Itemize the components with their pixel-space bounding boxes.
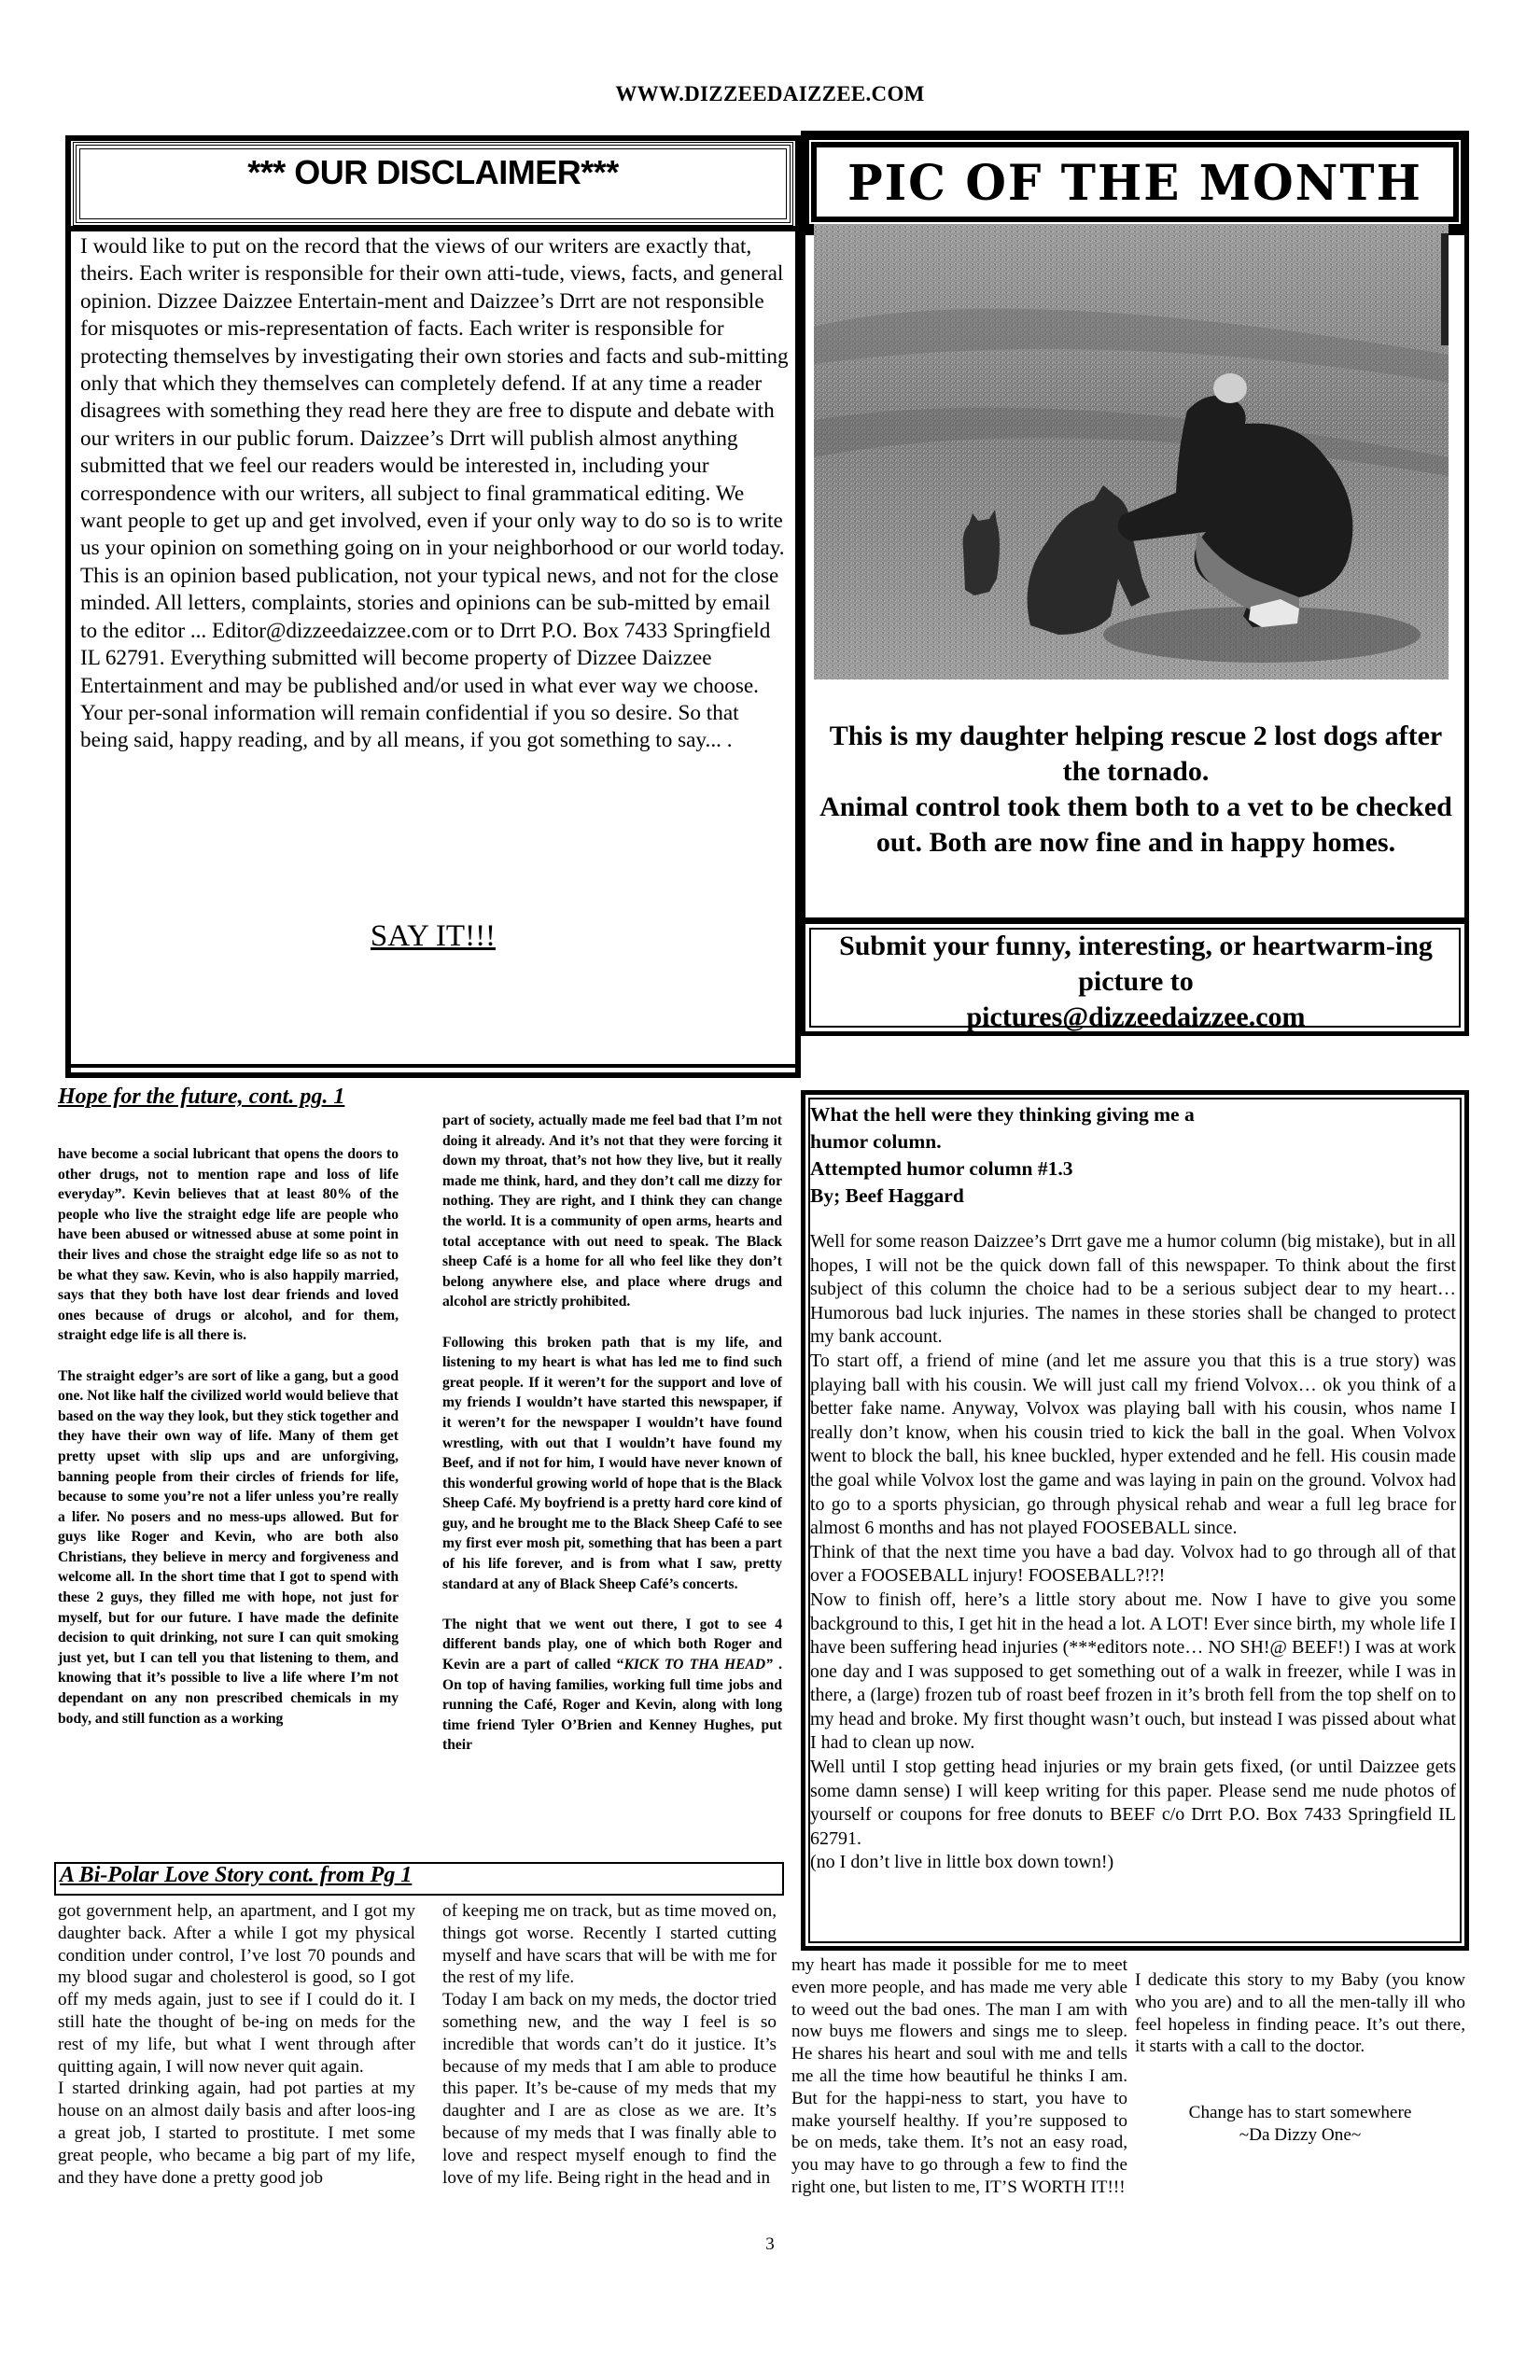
- humor-headline: humor column.: [810, 1128, 1454, 1155]
- humor-paragraph: (no I don’t live in little box down town…: [810, 1851, 1456, 1875]
- humor-column-header: What the hell were they thinking giving …: [810, 1101, 1454, 1210]
- hope-paragraph: The straight edger’s are sort of like a …: [58, 1366, 399, 1729]
- pic-caption-line-1: This is my daughter helping rescue 2 los…: [808, 719, 1463, 790]
- humor-headline: What the hell were they thinking giving …: [810, 1101, 1454, 1128]
- humor-byline: By; Beef Haggard: [810, 1183, 1454, 1210]
- bipolar-dedication: I dedicate this story to my Baby (you kn…: [1135, 1969, 1465, 2058]
- hope-paragraph: have become a social lubricant that open…: [58, 1144, 399, 1346]
- humor-paragraph: Well for some reason Daizzee’s Drrt gave…: [810, 1230, 1456, 1350]
- bipolar-column-2: of keeping me on track, but as time move…: [442, 1900, 777, 2189]
- humor-subtitle: Attempted humor column #1.3: [810, 1155, 1454, 1183]
- disclaimer-divider: [65, 226, 801, 231]
- hope-article-column-1: have become a social lubricant that open…: [58, 1144, 399, 1749]
- hope-article-column-2: part of society, actually made me feel b…: [442, 1111, 782, 1776]
- band-name: KICK TO THA HEAD”: [623, 1657, 773, 1673]
- page-number: 3: [0, 2234, 1540, 2255]
- bipolar-signoff: Change has to start somewhere ~Da Dizzy …: [1135, 2102, 1465, 2147]
- bipolar-column-3: my heart has made it possible for me to …: [791, 1954, 1127, 2199]
- bipolar-paragraph: of keeping me on track, but as time move…: [442, 1900, 777, 1989]
- bipolar-column-1: got government help, an apartment, and I…: [58, 1900, 415, 2189]
- bipolar-paragraph: I started drinking again, had pot partie…: [58, 2078, 415, 2189]
- disclaimer-title: *** OUR DISCLAIMER***: [77, 153, 790, 192]
- hope-article-title: Hope for the future, cont. pg. 1: [58, 1085, 344, 1110]
- bipolar-paragraph: my heart has made it possible for me to …: [791, 1954, 1127, 2199]
- humor-paragraph: To start off, a friend of mine (and let …: [810, 1350, 1456, 1541]
- pic-header: PIC OF THE MONTH: [814, 145, 1456, 219]
- submit-picture-text: Submit your funny, interesting, or heart…: [808, 929, 1463, 1035]
- pic-title: PIC OF THE MONTH: [817, 154, 1453, 212]
- signoff-line: Change has to start somewhere: [1135, 2102, 1465, 2124]
- disclaimer-closing: SAY IT!!!: [65, 919, 801, 954]
- submit-picture-prompt: Submit your funny, interesting, or heart…: [808, 929, 1463, 1000]
- submit-picture-email[interactable]: pictures@dizzeedaizzee.com: [808, 1000, 1463, 1035]
- bipolar-paragraph: Today I am back on my meds, the doctor t…: [442, 1989, 777, 2189]
- disclaimer-text: I would like to put on the record that t…: [80, 233, 790, 755]
- pic-caption-line-2: Animal control took them both to a vet t…: [808, 790, 1463, 861]
- pic-caption: This is my daughter helping rescue 2 los…: [808, 719, 1463, 861]
- site-url: WWW.DIZZEEDAIZZEE.COM: [0, 82, 1540, 106]
- humor-paragraph: Think of that the next time you have a b…: [810, 1541, 1456, 1589]
- disclaimer-bottom-rule: [71, 1064, 795, 1068]
- hope-paragraph: Following this broken path that is my li…: [442, 1333, 782, 1595]
- humor-column-body: Well for some reason Daizzee’s Drrt gave…: [810, 1230, 1456, 1875]
- hope-paragraph: The night that we went out there, I got …: [442, 1615, 782, 1756]
- bipolar-paragraph: got government help, an apartment, and I…: [58, 1900, 415, 2078]
- bipolar-column-4: I dedicate this story to my Baby (you kn…: [1135, 1969, 1465, 2058]
- pic-of-month-photo: [814, 224, 1449, 679]
- hope-paragraph: part of society, actually made me feel b…: [442, 1111, 782, 1312]
- humor-paragraph: Now to finish off, here’s a little story…: [810, 1589, 1456, 1756]
- disclaimer-header: *** OUR DISCLAIMER***: [73, 142, 793, 226]
- bipolar-story-title: A Bi-Polar Love Story cont. from Pg 1: [60, 1863, 412, 1888]
- photo-image-icon: [814, 224, 1449, 679]
- signoff-author: ~Da Dizzy One~: [1135, 2124, 1465, 2147]
- humor-paragraph: Well until I stop getting head injuries …: [810, 1756, 1456, 1851]
